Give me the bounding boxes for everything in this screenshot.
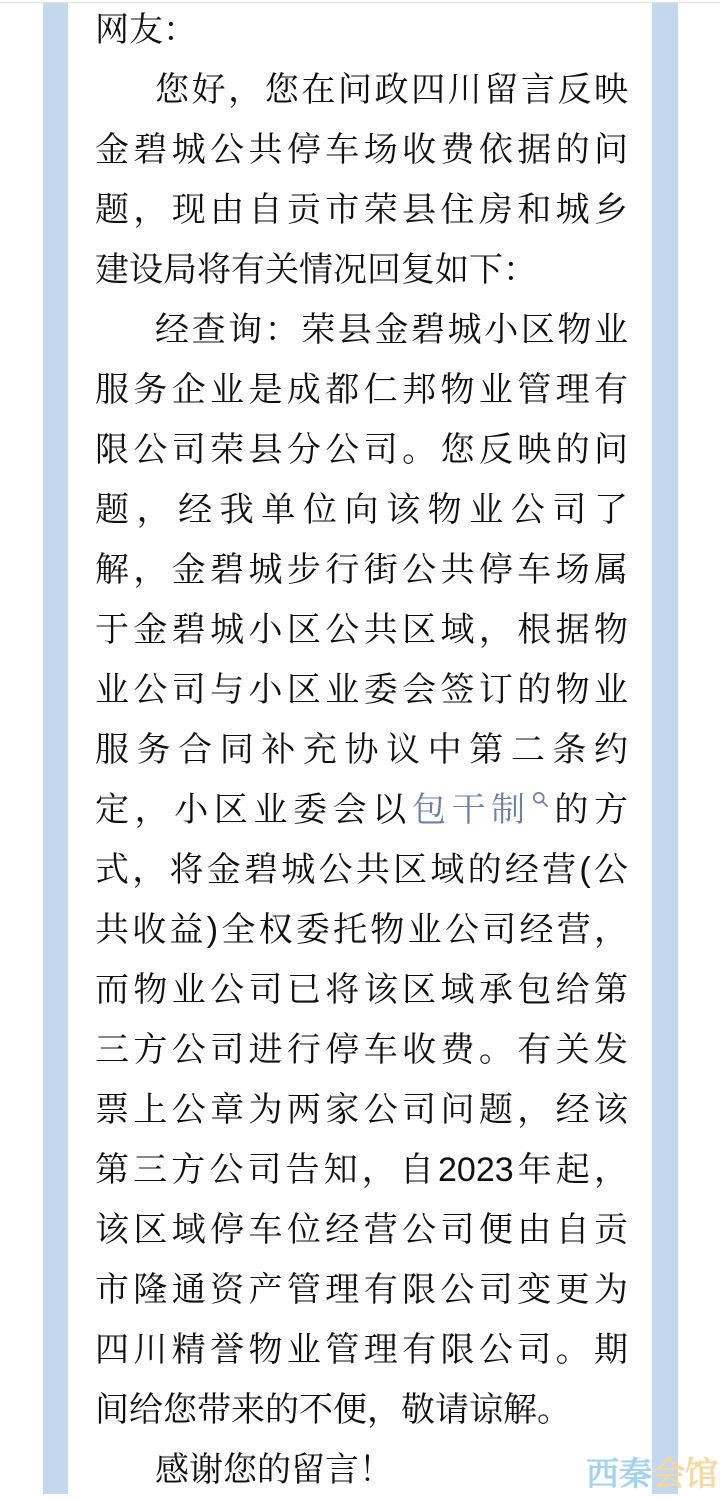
text-line: 业公司与小区业委会签订的物业: [95, 660, 628, 720]
text-line: 而物业公司已将该区域承包给第: [95, 960, 628, 1020]
link-text[interactable]: 包干制: [412, 791, 531, 829]
text-line: 限公司荣县分公司。您反映的问: [95, 420, 628, 480]
text-line: 于金碧城小区公共区域，根据物: [95, 600, 628, 660]
line-text-after: 的方: [549, 791, 628, 829]
search-icon[interactable]: [532, 791, 549, 808]
reply-page: 网友： 您好，您在问政四川留言反映 金碧城公共停车场收费依据的问 题，现由自贡市…: [0, 0, 720, 1500]
watermark-blue-text: 西秦: [586, 1455, 652, 1492]
text-line: 四川精誉物业管理有限公司。期: [95, 1320, 628, 1380]
right-stripe: [652, 3, 678, 1494]
text-line-with-link: 定，小区业委会以包干制的方: [95, 780, 628, 840]
line-text-before: 定，小区业委会以: [95, 791, 412, 829]
text-line: 题，经我单位向该物业公司了: [95, 480, 628, 540]
text-line: 服务合同补充协议中第二条约: [95, 720, 628, 780]
text-line: 建设局将有关情况回复如下：: [95, 240, 628, 300]
text-line: 经查询：荣县金碧城小区物业: [95, 300, 628, 360]
closing-line: 感谢您的留言！: [95, 1440, 628, 1500]
baoganzhi-reference-link[interactable]: 包干制: [412, 791, 549, 829]
text-line: 三方公司进行停车收费。有关发: [95, 1020, 628, 1080]
watermark-orange-text: 会馆: [652, 1455, 718, 1492]
text-line: 您好，您在问政四川留言反映: [95, 60, 628, 120]
text-line: 间给您带来的不便，敬请谅解。: [95, 1380, 628, 1440]
salutation-line: 网友：: [95, 0, 628, 60]
watermark: 西秦会馆: [586, 1455, 718, 1493]
text-line: 服务企业是成都仁邦物业管理有: [95, 360, 628, 420]
text-line: 该区域停车位经营公司便由自贡: [95, 1200, 628, 1260]
left-stripe: [43, 3, 68, 1494]
reply-letter: 网友： 您好，您在问政四川留言反映 金碧城公共停车场收费依据的问 题，现由自贡市…: [95, 0, 628, 1500]
text-line: 共收益)全权委托物业公司经营，: [95, 900, 628, 960]
text-line: 第三方公司告知，自2023年起，: [95, 1140, 628, 1200]
text-line: 题，现由自贡市荣县住房和城乡: [95, 180, 628, 240]
text-line: 解，金碧城步行街公共停车场属: [95, 540, 628, 600]
text-line: 市隆通资产管理有限公司变更为: [95, 1260, 628, 1320]
text-line: 票上公章为两家公司问题，经该: [95, 1080, 628, 1140]
text-line: 式，将金碧城公共区域的经营(公: [95, 840, 628, 900]
text-line: 金碧城公共停车场收费依据的问: [95, 120, 628, 180]
